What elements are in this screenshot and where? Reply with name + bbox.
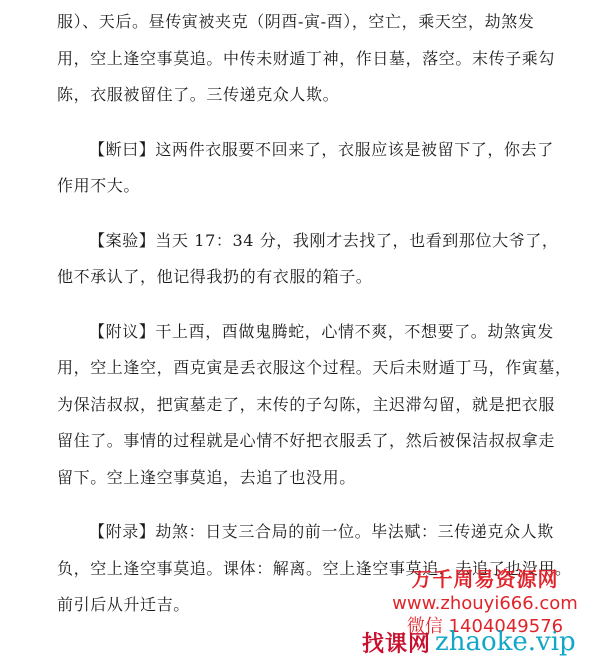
- watermark-brand-cn: 找课网: [362, 627, 431, 658]
- section-tag: 【案验】: [89, 231, 155, 250]
- text-line: 服）、天后。昼传寅被夹克（阴酉-寅-酉），空亡，乘天空，劫煞发: [57, 4, 567, 41]
- text-line: 陈，衣服被留住了。三传递克众人欺。: [57, 77, 567, 114]
- section-tag: 【断曰】: [89, 140, 155, 159]
- text-line: 留下。空上逢空事莫追，去追了也没用。: [57, 460, 567, 497]
- paragraph-spacer: [57, 496, 567, 514]
- watermark-url: www.zhouyi666.com: [360, 592, 610, 616]
- paragraph-anyan: 【案验】当天 17：34 分，我刚才去找了，也看到那位大爷了， 他不承认了，他记…: [57, 223, 567, 296]
- text-line: 用，空上逢空，酉克寅是丢衣服这个过程。天后未财遁丁马，作寅墓，: [57, 350, 567, 387]
- paragraph-duanyue: 【断曰】这两件衣服要不回来了，衣服应该是被留下了，你去了 作用不大。: [57, 132, 567, 205]
- text-span: 这两件衣服要不回来了，衣服应该是被留下了，你去了: [155, 140, 553, 159]
- text-line: 【案验】当天 17：34 分，我刚才去找了，也看到那位大爷了，: [57, 223, 567, 260]
- section-tag: 【附议】: [89, 322, 155, 341]
- text-span: 当天 17：34 分，我刚才去找了，也看到那位大爷了，: [155, 231, 558, 250]
- paragraph-spacer: [57, 296, 567, 314]
- watermark-site-name: 万千周易资源网: [360, 566, 610, 592]
- paragraph-fuyi: 【附议】干上酉，酉做鬼腾蛇，心情不爽，不想要了。劫煞寅发 用，空上逢空，酉克寅是…: [57, 314, 567, 497]
- text-line: 他不承认了，他记得我扔的有衣服的箱子。: [57, 259, 567, 296]
- paragraph-continuation: 服）、天后。昼传寅被夹克（阴酉-寅-酉），空亡，乘天空，劫煞发 用，空上逢空事莫…: [57, 4, 567, 114]
- text-line: 为保洁叔叔，把寅墓走了，末传的子勾陈，主迟滞勾留，就是把衣服: [57, 387, 567, 424]
- text-line: 作用不大。: [57, 168, 567, 205]
- paragraph-spacer: [57, 205, 567, 223]
- paragraph-spacer: [57, 114, 567, 132]
- text-line: 【附议】干上酉，酉做鬼腾蛇，心情不爽，不想要了。劫煞寅发: [57, 314, 567, 351]
- text-line: 【断曰】这两件衣服要不回来了，衣服应该是被留下了，你去了: [57, 132, 567, 169]
- watermark-brand-en: zhaoke.vip: [435, 627, 576, 657]
- text-span: 干上酉，酉做鬼腾蛇，心情不爽，不想要了。劫煞寅发: [155, 322, 553, 341]
- text-line: 留住了。事情的过程就是心情不好把衣服丢了，然后被保洁叔叔拿走: [57, 423, 567, 460]
- text-span: 劫煞：日支三合局的前一位。毕法赋：三传递克众人欺: [155, 522, 553, 541]
- text-line: 用，空上逢空事莫追。中传未财遁丁神，作日墓，落空。末传子乘勾: [57, 41, 567, 78]
- section-tag: 【附录】: [89, 522, 155, 541]
- text-line: 【附录】劫煞：日支三合局的前一位。毕法赋：三传递克众人欺: [57, 514, 567, 551]
- watermark-zhaoke: 找课网 zhaoke.vip: [362, 624, 610, 660]
- document-body: 服）、天后。昼传寅被夹克（阴酉-寅-酉），空亡，乘天空，劫煞发 用，空上逢空事莫…: [57, 4, 567, 624]
